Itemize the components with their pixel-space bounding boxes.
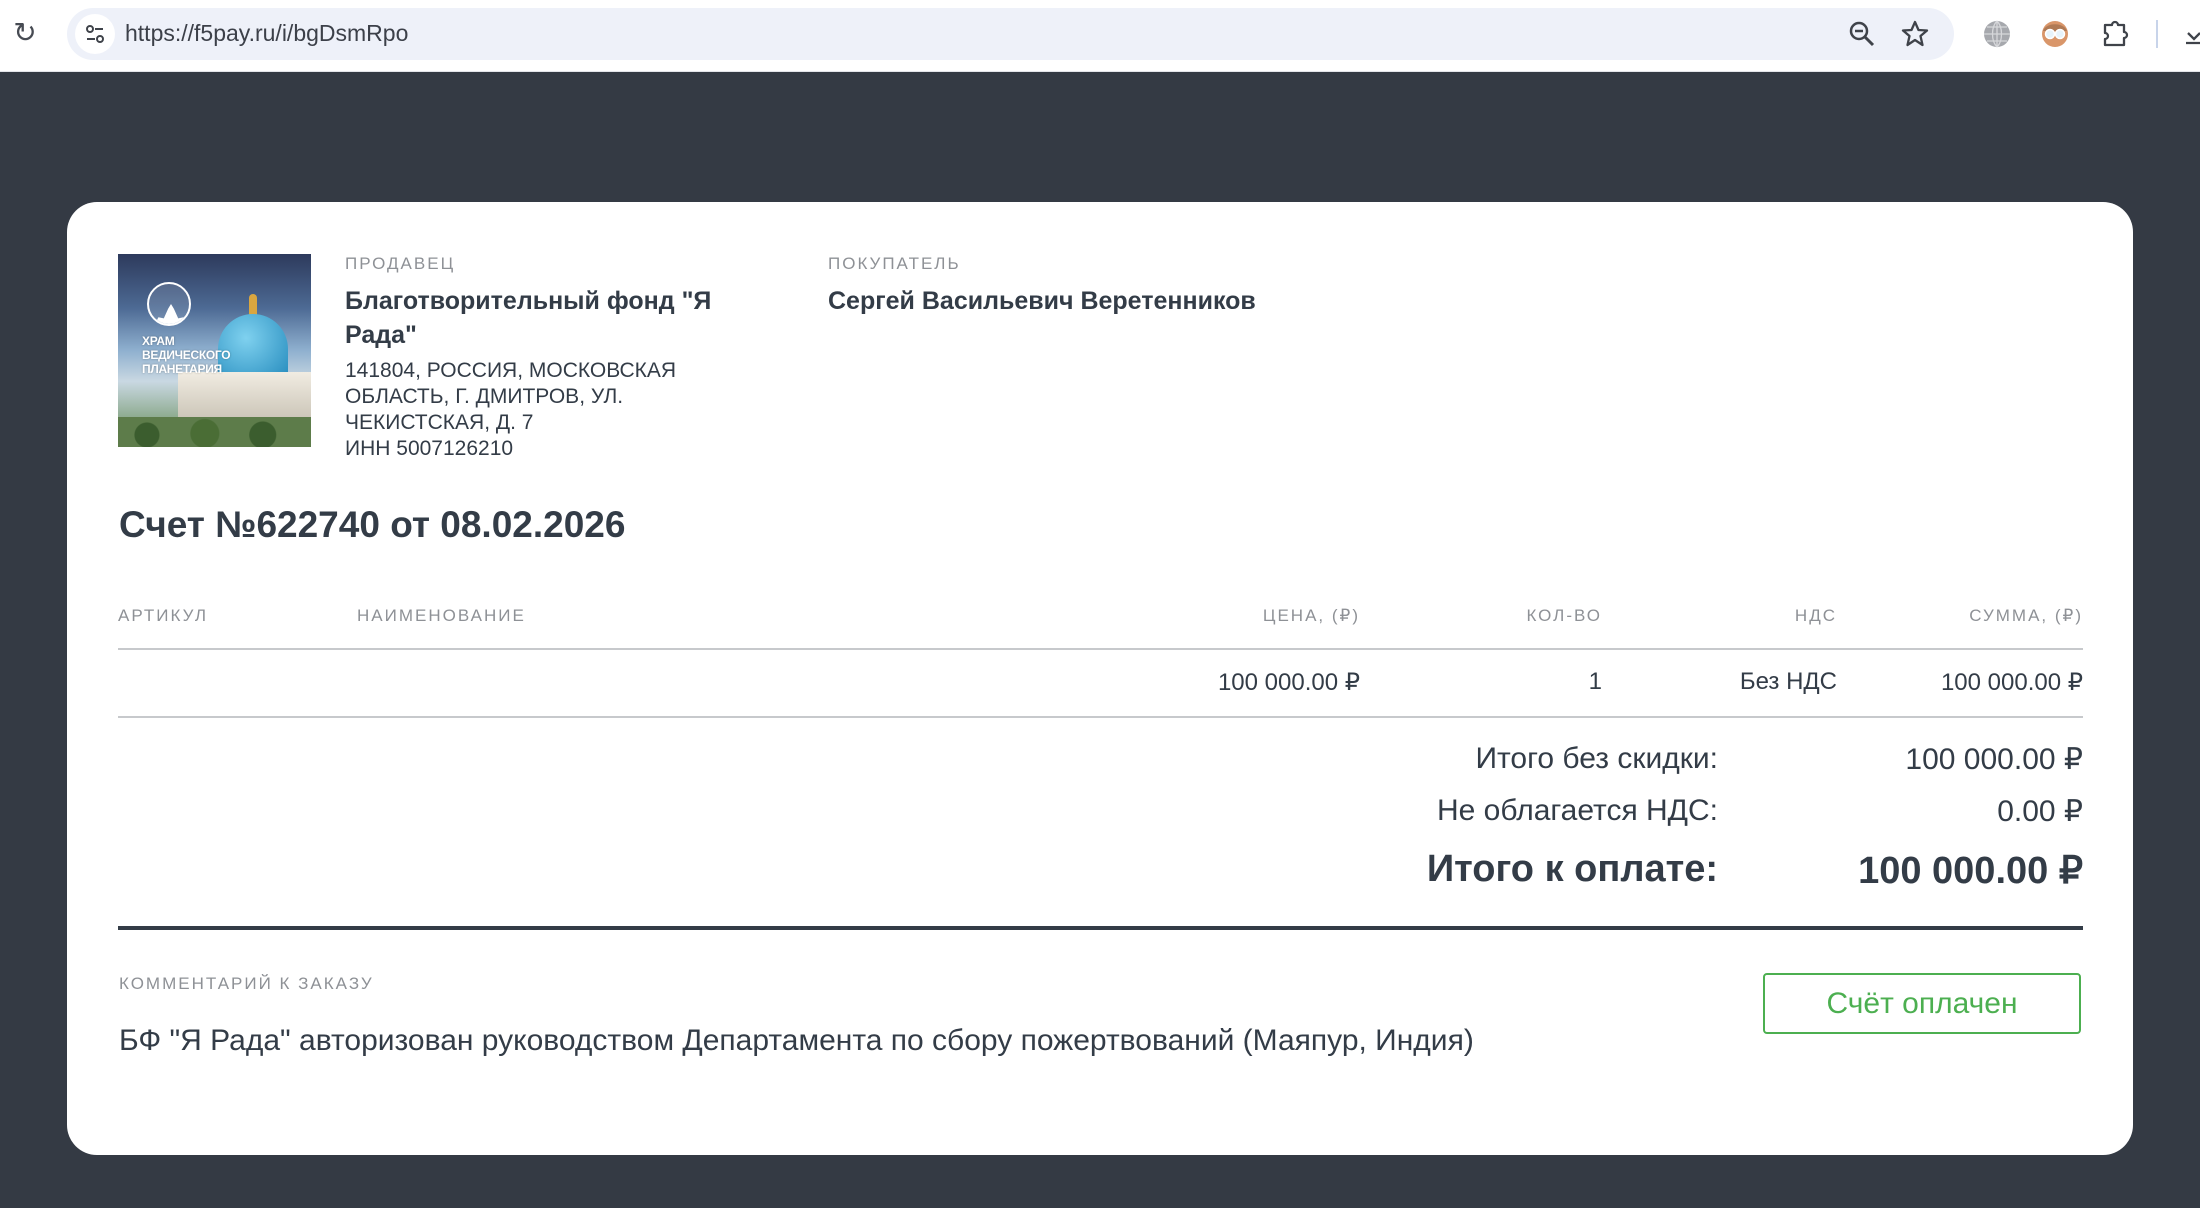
cell-qty: 1 <box>1589 668 1602 696</box>
header-name: НАИМЕНОВАНИЕ <box>357 606 526 626</box>
logo-text: ХРАМ ВЕДИЧЕСКОГО ПЛАНЕТАРИЯ <box>142 334 262 376</box>
seller-label: ПРОДАВЕЦ <box>345 254 455 274</box>
site-info-icon[interactable] <box>75 14 115 54</box>
toolbar-separator <box>2156 20 2158 48</box>
temple-emblem-icon <box>147 282 191 326</box>
reload-icon[interactable]: ↻ <box>10 18 40 48</box>
seller-logo: ХРАМ ВЕДИЧЕСКОГО ПЛАНЕТАРИЯ <box>118 254 311 447</box>
header-price: ЦЕНА, (₽) <box>1263 606 1360 626</box>
header-divider <box>118 648 2083 650</box>
cell-vat: Без НДС <box>1740 668 1837 696</box>
header-qty: КОЛ-ВО <box>1526 606 1602 626</box>
subtotal-label: Итого без скидки: <box>1475 742 1718 776</box>
invoice-card: ХРАМ ВЕДИЧЕСКОГО ПЛАНЕТАРИЯ ПРОДАВЕЦ Бла… <box>67 202 2133 1155</box>
invoice-paid-button[interactable]: Счёт оплачен <box>1763 973 2081 1034</box>
header-vat: НДС <box>1795 606 1837 626</box>
seller-address-line: ОБЛАСТЬ, Г. ДМИТРОВ, УЛ. <box>345 384 745 410</box>
totals-divider <box>118 926 2083 930</box>
cell-sum: 100 000.00 ₽ <box>1941 668 2083 697</box>
url-text[interactable]: https://f5pay.ru/i/bgDsmRpo <box>125 20 408 47</box>
bookmark-star-icon[interactable] <box>1900 19 1930 49</box>
extensions-puzzle-icon[interactable] <box>2100 19 2130 49</box>
header-article: АРТИКУЛ <box>118 606 208 626</box>
comment-text: БФ "Я Рада" авторизован руководством Деп… <box>119 1022 1569 1059</box>
buyer-label: ПОКУПАТЕЛЬ <box>828 254 961 274</box>
vat-value: 0.00 ₽ <box>1997 794 2083 829</box>
total-label: Итого к оплате: <box>1427 848 1718 891</box>
zoom-out-icon[interactable] <box>1847 19 1877 49</box>
globe-icon[interactable] <box>1982 19 2012 49</box>
profile-avatar-icon[interactable] <box>2040 19 2070 49</box>
browser-toolbar: ↻ https://f5pay.ru/i/bgDsmRpo <box>0 0 2200 72</box>
download-icon[interactable] <box>2184 19 2200 49</box>
logo-building <box>178 372 311 422</box>
logo-spire <box>249 294 257 316</box>
seller-address-line: 141804, РОССИЯ, МОСКОВСКАЯ <box>345 358 745 384</box>
subtotal-value: 100 000.00 ₽ <box>1905 742 2083 777</box>
cell-price: 100 000.00 ₽ <box>1218 668 1360 697</box>
seller-address: 141804, РОССИЯ, МОСКОВСКАЯ ОБЛАСТЬ, Г. Д… <box>345 358 745 462</box>
vat-label: Не облагается НДС: <box>1437 794 1718 828</box>
seller-inn: ИНН 5007126210 <box>345 436 745 462</box>
total-value: 100 000.00 ₽ <box>1858 848 2083 893</box>
comment-label: КОММЕНТАРИЙ К ЗАКАЗУ <box>119 974 374 994</box>
address-bar[interactable]: https://f5pay.ru/i/bgDsmRpo <box>67 8 1954 60</box>
seller-address-line: ЧЕКИСТСКАЯ, Д. 7 <box>345 410 745 436</box>
seller-name: Благотворительный фонд "Я Рада" <box>345 284 765 352</box>
buyer-name: Сергей Васильевич Веретенников <box>828 284 1428 318</box>
invoice-title: Счет №622740 от 08.02.2026 <box>119 504 625 546</box>
row-divider <box>118 716 2083 718</box>
header-sum: СУММА, (₽) <box>1969 606 2083 626</box>
logo-trees <box>118 417 311 447</box>
